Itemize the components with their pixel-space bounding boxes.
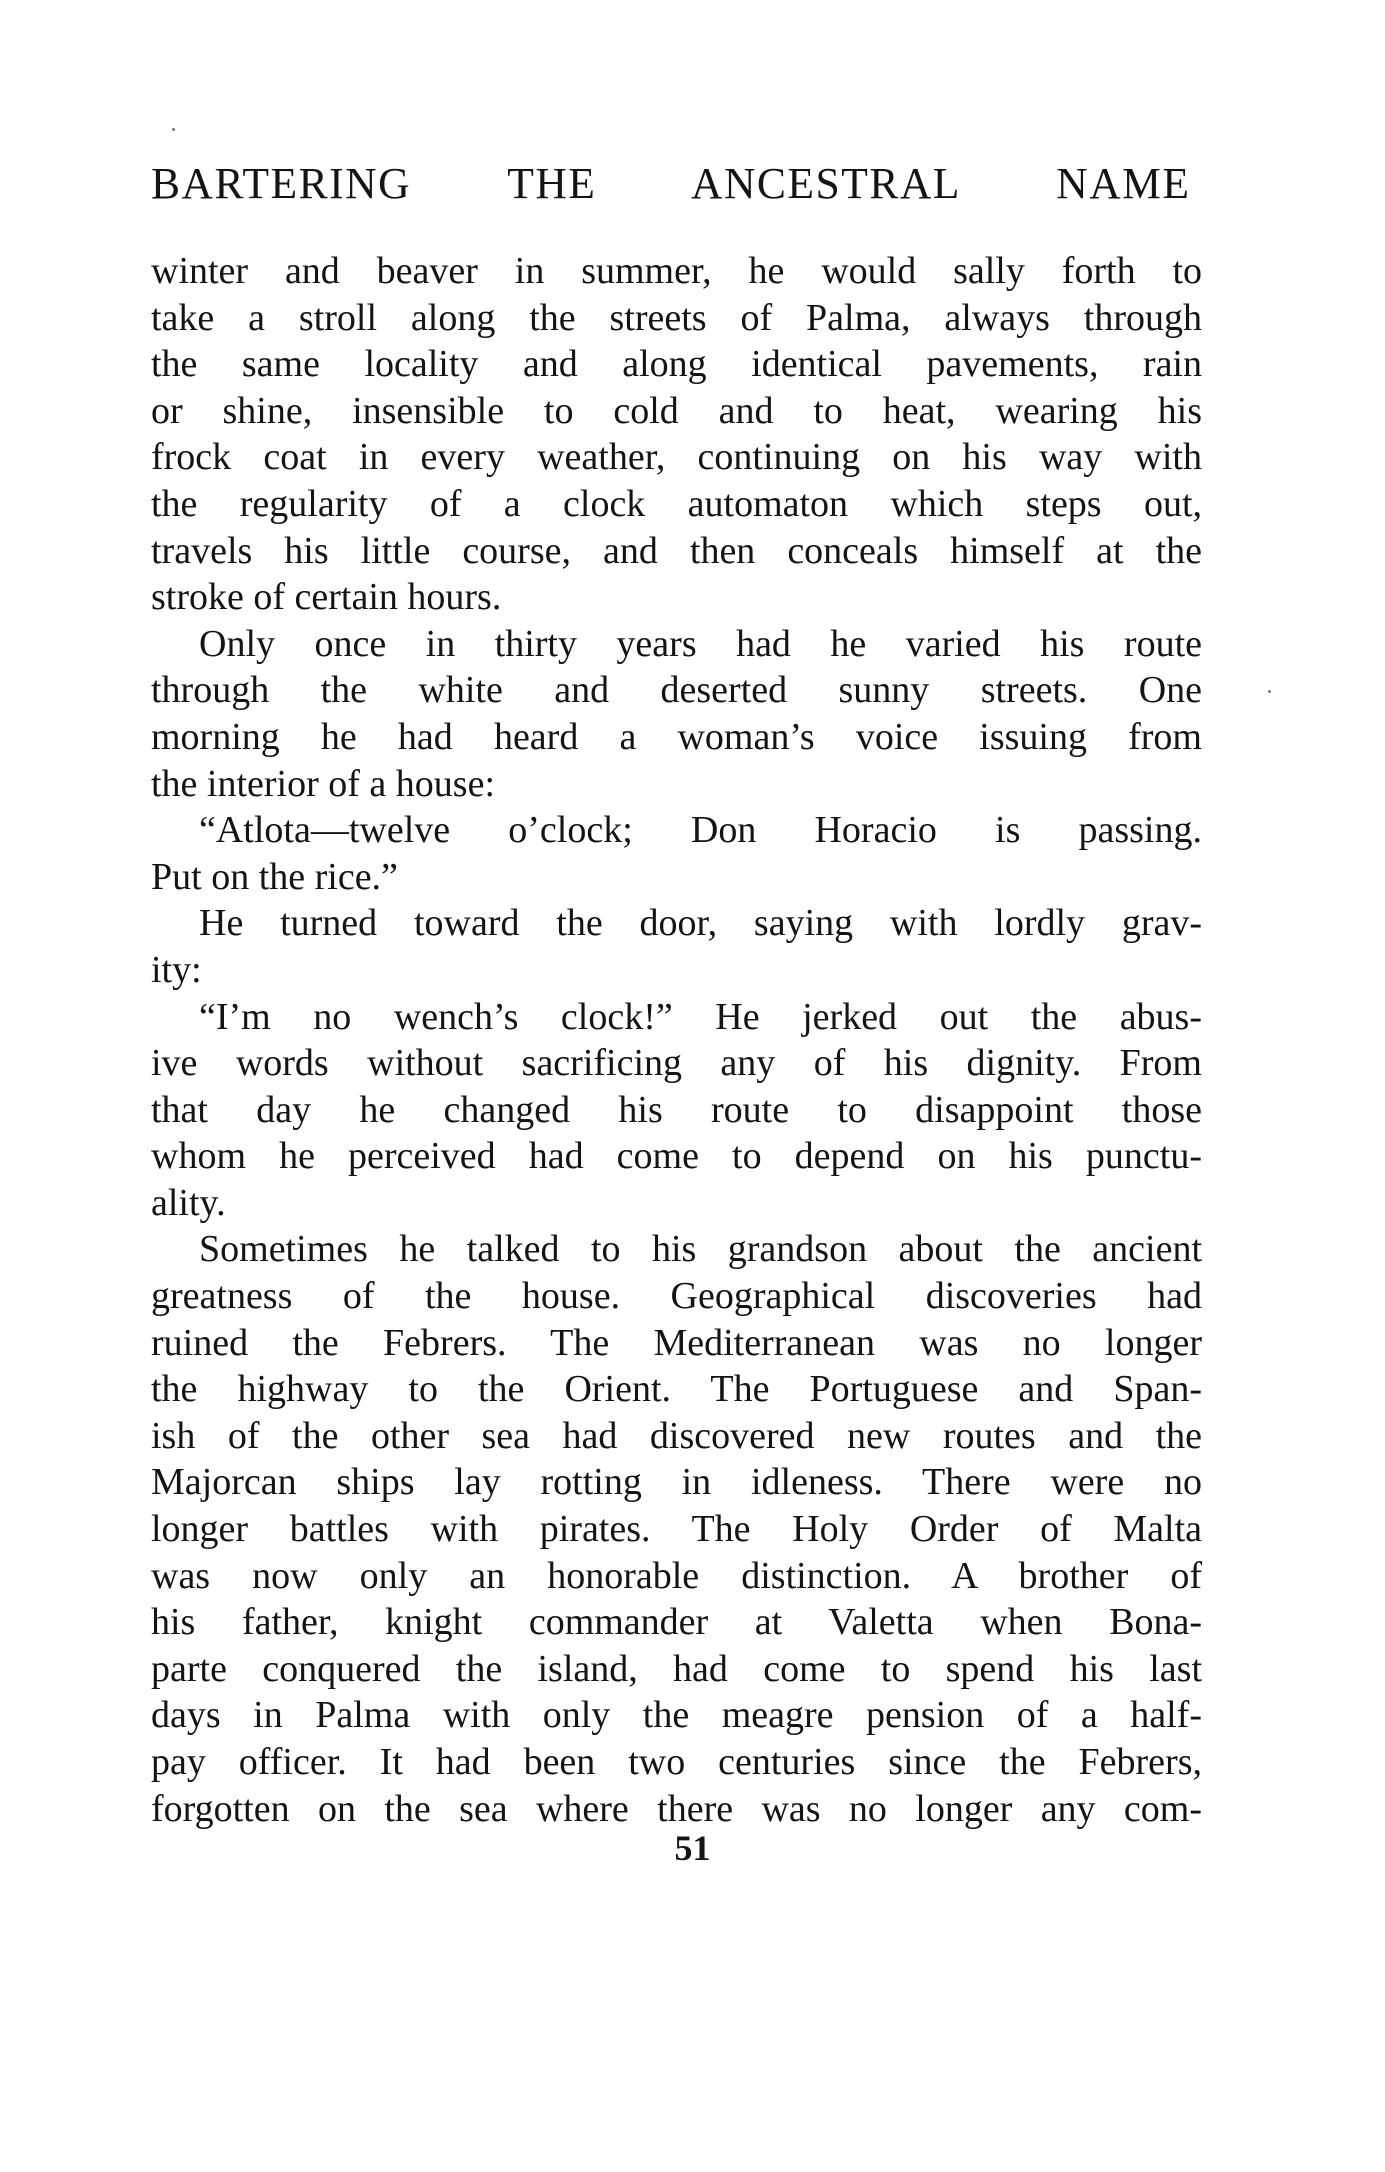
text-line: parte conquered the island, had come to … — [151, 1646, 1202, 1693]
text-line: ity: — [151, 947, 1202, 994]
text-line: the interior of a house: — [151, 761, 1202, 808]
text-line: ruined the Febrers. The Mediterranean wa… — [151, 1320, 1202, 1367]
text-line: winter and beaver in summer, he would sa… — [151, 248, 1202, 295]
running-head: BARTERING THE ANCESTRAL NAME — [151, 158, 1191, 210]
text-line: pay officer. It had been two centuries s… — [151, 1739, 1202, 1786]
text-line: days in Palma with only the meagre pensi… — [151, 1692, 1202, 1739]
text-line: ive words without sacrificing any of his… — [151, 1040, 1202, 1087]
scan-speck — [1268, 690, 1271, 693]
page-number: 51 — [0, 1826, 1385, 1870]
text-line: the regularity of a clock automaton whic… — [151, 481, 1202, 528]
paragraph-start-line: “Atlota—twelve o’clock; Don Horacio is p… — [151, 807, 1202, 854]
text-line: longer battles with pirates. The Holy Or… — [151, 1506, 1202, 1553]
book-page: BARTERING THE ANCESTRAL NAME winter and … — [0, 0, 1385, 2172]
text-line: whom he perceived had come to depend on … — [151, 1133, 1202, 1180]
text-line: through the white and deserted sunny str… — [151, 667, 1202, 714]
text-line: stroke of certain hours. — [151, 574, 1202, 621]
text-line: greatness of the house. Geographical dis… — [151, 1273, 1202, 1320]
text-line: or shine, insensible to cold and to heat… — [151, 388, 1202, 435]
scan-speck — [172, 128, 175, 131]
text-line: Majorcan ships lay rotting in idleness. … — [151, 1459, 1202, 1506]
text-line: travels his little course, and then conc… — [151, 528, 1202, 575]
paragraph-start-line: Only once in thirty years had he varied … — [151, 621, 1202, 668]
paragraph-start-line: He turned toward the door, saying with l… — [151, 900, 1202, 947]
text-line: ality. — [151, 1180, 1202, 1227]
text-line: take a stroll along the streets of Palma… — [151, 295, 1202, 342]
paragraph-start-line: Sometimes he talked to his grandson abou… — [151, 1226, 1202, 1273]
text-line: the highway to the Orient. The Portugues… — [151, 1366, 1202, 1413]
text-line: Put on the rice.” — [151, 854, 1202, 901]
text-line: frock coat in every weather, continuing … — [151, 434, 1202, 481]
text-line: his father, knight commander at Valetta … — [151, 1599, 1202, 1646]
text-line: ish of the other sea had discovered new … — [151, 1413, 1202, 1460]
text-line: the same locality and along identical pa… — [151, 341, 1202, 388]
body-text: winter and beaver in summer, he would sa… — [151, 248, 1202, 1832]
paragraph-start-line: “I’m no wench’s clock!” He jerked out th… — [151, 994, 1202, 1041]
text-line: morning he had heard a woman’s voice iss… — [151, 714, 1202, 761]
scan-speck — [832, 268, 835, 271]
text-line: was now only an honorable distinction. A… — [151, 1553, 1202, 1600]
text-line: that day he changed his route to disappo… — [151, 1087, 1202, 1134]
